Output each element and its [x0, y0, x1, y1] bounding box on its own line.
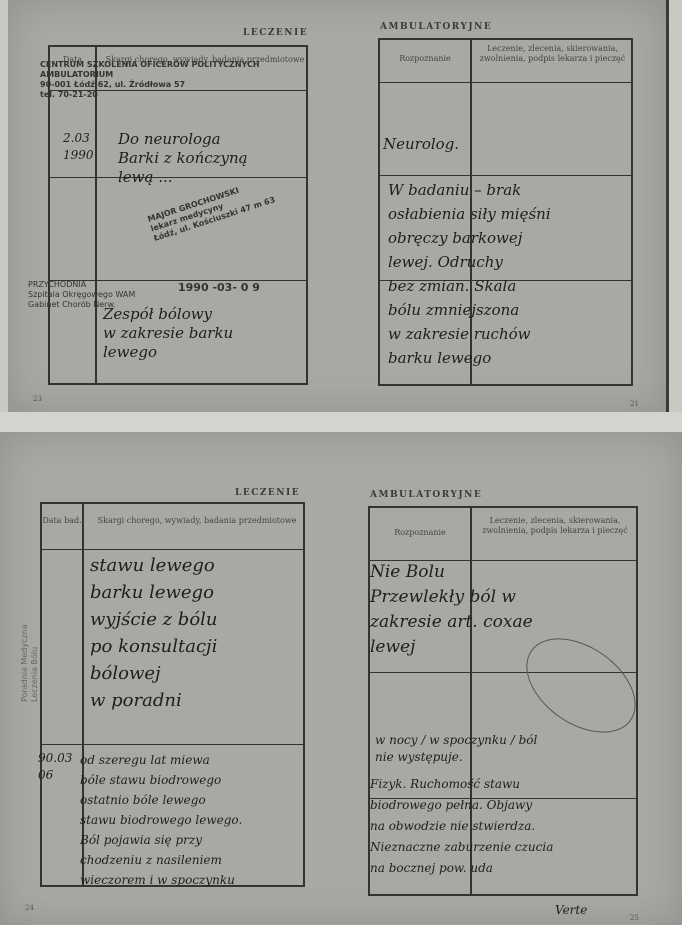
col-header-complaints: Skargi chorego, wywiady, badania przedmi… [92, 516, 302, 526]
col-header-diagnosis: Rozpoznanie [370, 528, 470, 538]
page-number: 25 [630, 914, 639, 922]
top-document-page: LECZENIE Data Skargi chorego, wywiady, b… [8, 0, 669, 412]
complaint-text: stawu lewego barku lewego wyjście z bólu… [90, 552, 218, 714]
page-gap [0, 412, 682, 432]
side-stamp: Poradnia Medyczna Leczenia Bólu [20, 624, 40, 702]
heading-ambulatoryjne: AMBULATORYJNE [380, 22, 492, 32]
col-header-date: Data bad. [42, 516, 82, 526]
night-pain-text: w nocy / w spoczynku / ból nie występuje… [375, 732, 537, 766]
physical-exam-text: Fizyk. Ruchomość stawu biodrowego pełna.… [370, 774, 553, 879]
page-number: 23 [33, 395, 42, 403]
heading-leczenie: LECZENIE [243, 28, 308, 38]
entry-text: Do neurologa Barki z kończyną lewą ... [118, 130, 248, 187]
clinic-stamp: CENTRUM SZKOLENIA OFICERÓW POLITYCZNYCH … [40, 60, 260, 100]
col-header-treatment: Leczenie, zlecenia, skierowania, zwolnie… [475, 516, 635, 536]
date-stamp: 1990 -03- 0 9 [178, 283, 260, 293]
col-header-treatment: Leczenie, zlecenia, skierowania, zwolnie… [475, 44, 630, 64]
heading-ambulatoryjne: AMBULATORYJNE [370, 490, 482, 500]
note-text: Zespół bólowy w zakresie barku lewego [103, 305, 233, 362]
col-header-diagnosis: Rozpoznanie [380, 54, 470, 64]
diagnosis-text: Neurolog. [383, 135, 459, 154]
examination-text: W badaniu – brak osłabienia siły mięśni … [388, 178, 551, 370]
verte-note: Verte [555, 902, 587, 919]
page-number: 21 [630, 400, 639, 408]
entry-date: 90.03 06 [38, 750, 72, 784]
page-number: 24 [25, 904, 34, 912]
entry-text: od szeregu lat miewa bóle stawu biodrowe… [80, 750, 242, 890]
entry-date: 2.03 1990 [63, 130, 94, 164]
heading-leczenie: LECZENIE [235, 488, 300, 498]
diagnosis-text: Nie Bolu Przewlekły ból w zakresie art. … [370, 560, 533, 660]
bottom-document-page: LECZENIE Data bad. Skargi chorego, wywia… [0, 432, 682, 925]
